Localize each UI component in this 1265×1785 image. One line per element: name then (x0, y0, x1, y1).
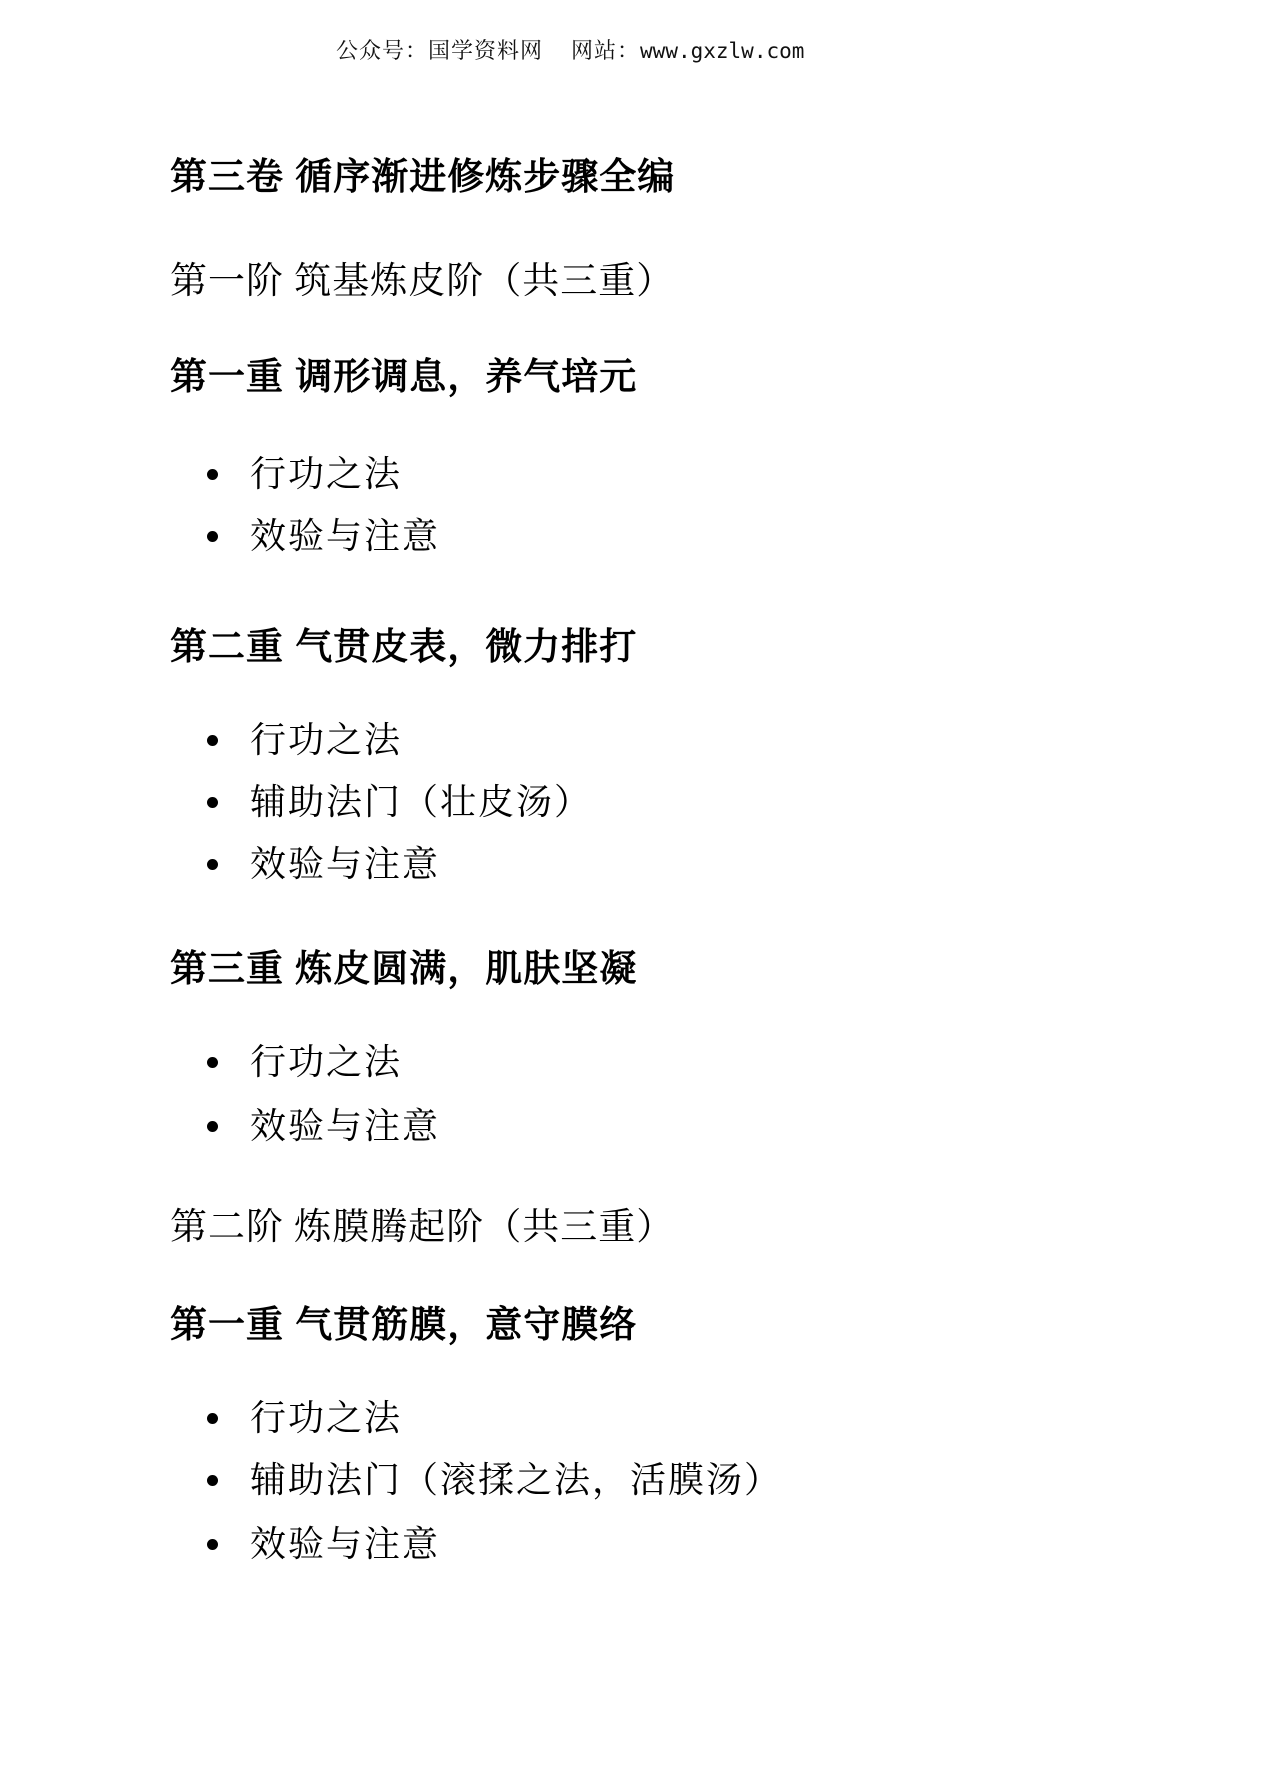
wechat-account-label: 公众号：国学资料网 (336, 38, 543, 63)
list-item: 行功之法 (207, 1390, 402, 1441)
document-page: 公众号：国学资料网网站：www.gxzlw.com 第三卷 循序渐进修炼步骤全编… (0, 0, 1265, 1785)
bullet-icon (207, 469, 218, 480)
list-item: 效验与注意 (207, 1098, 440, 1149)
page-header-watermark: 公众号：国学资料网网站：www.gxzlw.com (336, 34, 804, 65)
list-item: 辅助法门（滚揉之法，活膜汤） (207, 1452, 782, 1503)
list-item-label: 辅助法门（滚揉之法，活膜汤） (250, 1452, 782, 1503)
bullet-icon (207, 1057, 218, 1068)
list-item-label: 效验与注意 (250, 836, 440, 887)
stage-1-heading: 第一阶 筑基炼皮阶（共三重） (170, 250, 674, 304)
list-item: 行功之法 (207, 712, 402, 763)
list-item: 效验与注意 (207, 508, 440, 559)
list-item: 辅助法门（壮皮汤） (207, 774, 592, 825)
bullet-icon (207, 1539, 218, 1550)
list-item-label: 行功之法 (250, 1390, 402, 1441)
list-item-label: 辅助法门（壮皮汤） (250, 774, 592, 825)
list-item: 效验与注意 (207, 1516, 440, 1567)
bullet-icon (207, 859, 218, 870)
bullet-icon (207, 1475, 218, 1486)
list-item-label: 行功之法 (250, 1034, 402, 1085)
bullet-icon (207, 735, 218, 746)
bullet-icon (207, 1413, 218, 1424)
bullet-icon (207, 797, 218, 808)
stage-1-level-3-heading: 第三重 炼皮圆满，肌肤坚凝 (170, 938, 637, 992)
stage-1-level-1-heading: 第一重 调形调息，养气培元 (170, 346, 637, 400)
volume-heading: 第三卷 循序渐进修炼步骤全编 (170, 146, 675, 200)
list-item-label: 效验与注意 (250, 508, 440, 559)
list-item-label: 行功之法 (250, 712, 402, 763)
list-item-label: 效验与注意 (250, 1098, 440, 1149)
list-item: 行功之法 (207, 446, 402, 497)
list-item-label: 行功之法 (250, 446, 402, 497)
list-item: 行功之法 (207, 1034, 402, 1085)
bullet-icon (207, 1121, 218, 1132)
bullet-icon (207, 531, 218, 542)
stage-2-level-1-heading: 第一重 气贯筋膜，意守膜络 (170, 1294, 637, 1348)
website-label: 网站： (571, 38, 640, 63)
stage-1-level-2-heading: 第二重 气贯皮表，微力排打 (170, 616, 637, 670)
list-item-label: 效验与注意 (250, 1516, 440, 1567)
list-item: 效验与注意 (207, 836, 440, 887)
website-url: www.gxzlw.com (640, 39, 804, 63)
stage-2-heading: 第二阶 炼膜腾起阶（共三重） (170, 1196, 674, 1250)
